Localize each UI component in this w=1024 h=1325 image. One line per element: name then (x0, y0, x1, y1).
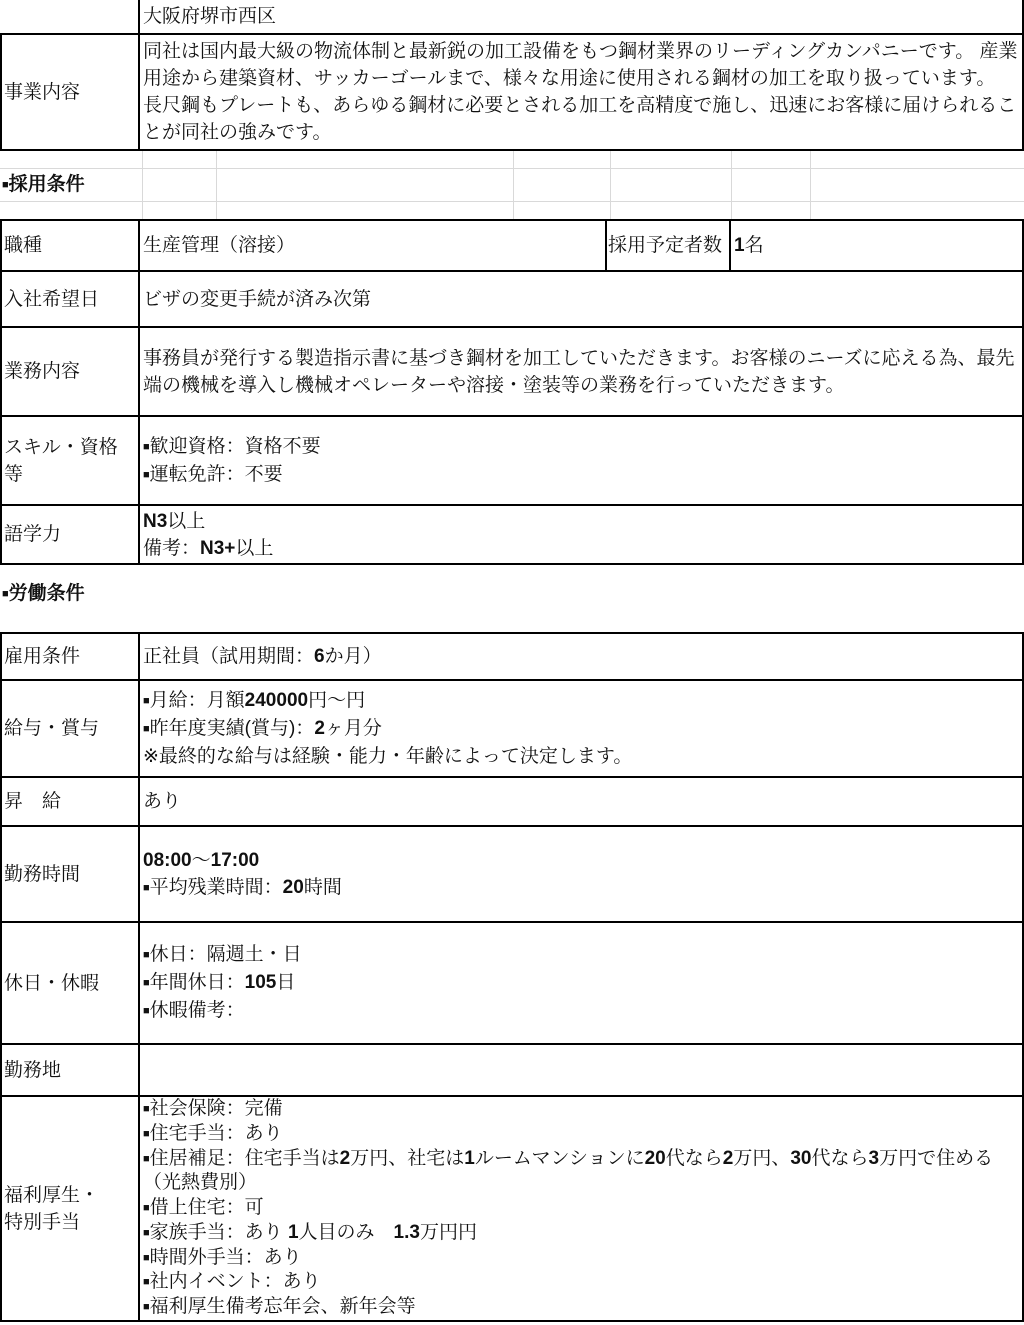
employment-label-cell: 雇用条件 (2, 634, 140, 679)
skills-label-cell: スキル・資格 等 (2, 417, 140, 504)
raise-label-cell: 昇 給 (2, 778, 140, 825)
language-row: 語学力 N3以上備考：N3+以上 (2, 506, 1022, 563)
employment-value-cell: 正社員（試用期間：6か月） (140, 634, 1022, 679)
holidays-value-cell: ■休日：隔週土・日■年間休日：105日■休暇備考： (140, 923, 1022, 1043)
planned-hires-label-cell: 採用予定者数 (607, 221, 731, 270)
gridline-horizontal (0, 168, 1024, 169)
start-date-row: 入社希望日 ビザの変更手続が済み次第 (2, 272, 1022, 328)
business-row: 事業内容 同社は国内最大級の物流体制と最新鋭の加工設備をもつ鋼材業界のリーディン… (0, 35, 1024, 151)
location-label-cell (0, 0, 140, 33)
job-desc-label-cell: 業務内容 (2, 328, 140, 415)
job-type-value-cell: 生産管理（溶接） (140, 221, 607, 270)
language-label-cell: 語学力 (2, 506, 140, 563)
gridline-vertical (610, 151, 611, 219)
salary-label-cell: 給与・賞与 (2, 681, 140, 776)
location-row: 大阪府堺市西区 (0, 0, 1024, 35)
work-location-label-cell: 勤務地 (2, 1045, 140, 1095)
job-type-row: 職種 生産管理（溶接） 採用予定者数 1名 (2, 221, 1022, 272)
planned-hires-value-cell: 1名 (731, 221, 1022, 270)
raise-row: 昇 給 あり (2, 778, 1022, 827)
section-header-recruit: ■採用条件 (2, 168, 85, 201)
salary-value-cell: ■月給：月額240000円～円■昨年度実績(賞与)：2ヶ月分※最終的な給与は経験… (140, 681, 1022, 776)
holidays-label-cell: 休日・休暇 (2, 923, 140, 1043)
gridline-horizontal (0, 201, 1024, 202)
language-value-cell: N3以上備考：N3+以上 (140, 506, 1022, 563)
gridline-vertical (731, 151, 732, 219)
hours-value-cell: 08:00～17:00■平均残業時間：20時間 (140, 827, 1022, 921)
skills-value-cell: ■歓迎資格：資格不要■運転免許：不要 (140, 417, 1022, 504)
recruit-conditions-table: 職種 生産管理（溶接） 採用予定者数 1名 入社希望日 ビザの変更手続が済み次第… (0, 219, 1024, 565)
benefits-label-cell: 福利厚生・ 特別手当 (2, 1097, 140, 1320)
benefits-value-cell: ■社会保険：完備■住宅手当：あり■住居補足：住宅手当は2万円、社宅は1ルームマン… (140, 1097, 1022, 1320)
raise-value-cell: あり (140, 778, 1022, 825)
location-row-work: 勤務地 (2, 1045, 1022, 1097)
start-date-label-cell: 入社希望日 (2, 272, 140, 326)
gridline-vertical (142, 151, 143, 219)
location-value-cell: 大阪府堺市西区 (140, 0, 1024, 33)
gridline-vertical (216, 151, 217, 219)
skills-row: スキル・資格 等 ■歓迎資格：資格不要■運転免許：不要 (2, 417, 1022, 506)
work-conditions-table: 雇用条件 正社員（試用期間：6か月） 給与・賞与 ■月給：月額240000円～円… (0, 632, 1024, 1322)
business-text-cell: 同社は国内最大級の物流体制と最新鋭の加工設備をもつ鋼材業界のリーディングカンパニ… (140, 35, 1024, 149)
hours-row: 勤務時間 08:00～17:00■平均残業時間：20時間 (2, 827, 1022, 923)
salary-row: 給与・賞与 ■月給：月額240000円～円■昨年度実績(賞与)：2ヶ月分※最終的… (2, 681, 1022, 778)
gridline-vertical (810, 151, 811, 219)
job-desc-value-cell: 事務員が発行する製造指示書に基づき鋼材を加工していただきます。お客様のニーズに応… (140, 328, 1022, 415)
gridline-vertical (513, 151, 514, 219)
start-date-value-cell: ビザの変更手続が済み次第 (140, 272, 1022, 326)
job-type-label-cell: 職種 (2, 221, 140, 270)
holidays-row: 休日・休暇 ■休日：隔週土・日■年間休日：105日■休暇備考： (2, 923, 1022, 1045)
business-label-cell: 事業内容 (2, 35, 140, 149)
benefits-row: 福利厚生・ 特別手当 ■社会保険：完備■住宅手当：あり■住居補足：住宅手当は2万… (2, 1097, 1022, 1320)
job-posting-sheet: { "top_table": { "rows": [ { "label": ""… (0, 0, 1024, 1325)
company-info-table: 大阪府堺市西区 事業内容 同社は国内最大級の物流体制と最新鋭の加工設備をもつ鋼材… (0, 0, 1024, 151)
section-header-work: ■労働条件 (2, 580, 85, 608)
hours-label-cell: 勤務時間 (2, 827, 140, 921)
job-desc-row: 業務内容 事務員が発行する製造指示書に基づき鋼材を加工していただきます。お客様の… (2, 328, 1022, 417)
work-location-value-cell (140, 1045, 1022, 1095)
employment-row: 雇用条件 正社員（試用期間：6か月） (2, 634, 1022, 681)
recruit-section-band: ■採用条件 (0, 151, 1024, 219)
